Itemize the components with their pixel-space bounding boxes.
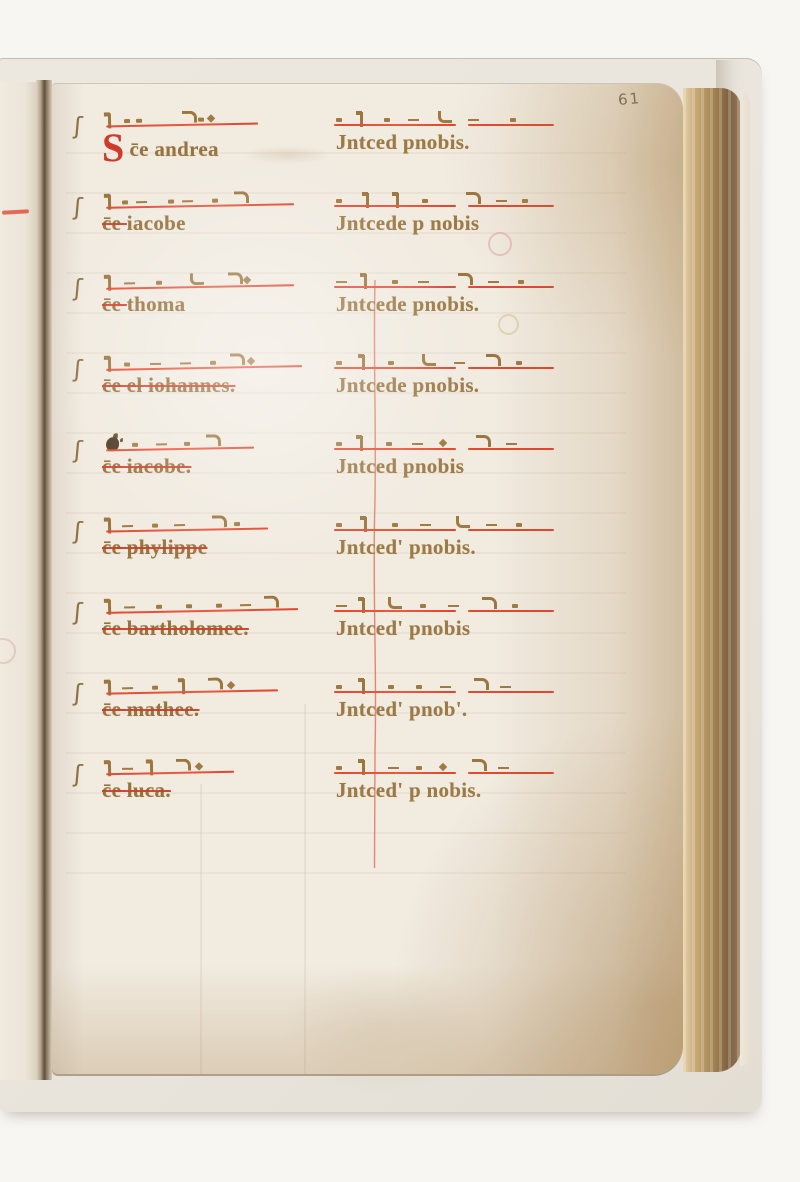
- dash-neume: [240, 604, 251, 607]
- dash-neume: [500, 686, 511, 689]
- litany-entry: ʃc̄e mathee.Jntced' pnob'.: [72, 671, 592, 752]
- response-text: Jntced' pnobis: [336, 616, 470, 641]
- pt-neume: [386, 442, 392, 447]
- neume-line-right: [334, 756, 554, 776]
- dia-neume: [439, 439, 447, 447]
- pt-neume: [336, 766, 342, 771]
- invocation-text: c̄e luca.: [102, 778, 171, 803]
- manuscript-page: 61 ʃSc̄e andreaJntced pnobis.ʃc̄e iacobe…: [52, 84, 683, 1074]
- clivis-neume: [230, 353, 245, 365]
- page-edges-stack: [683, 88, 741, 1072]
- neume-line-left: [106, 755, 234, 777]
- virga-neume: [108, 195, 111, 210]
- photograph-background: 61 ʃSc̄e andreaJntced pnobis.ʃc̄e iacobe…: [0, 0, 800, 1182]
- saint-name: phylippe: [127, 535, 208, 559]
- dash-neume: [454, 362, 465, 365]
- dash-neume: [122, 767, 133, 770]
- virga-neume: [364, 517, 367, 532]
- pt-neume: [198, 117, 204, 122]
- pt-neume: [336, 118, 342, 123]
- dia-neume: [227, 681, 235, 689]
- clivis-neume: [182, 111, 197, 123]
- pt-neume: [512, 604, 518, 609]
- litany-entry: ʃc̄e iacobe.Jntced pnobis: [72, 428, 592, 509]
- neume-line-left: [106, 187, 294, 211]
- pes-neume: [190, 273, 204, 285]
- dia-neume: [243, 276, 251, 284]
- versicle-mark: ʃ: [73, 681, 83, 706]
- virga-neume: [150, 760, 153, 775]
- neume-line-right: [334, 189, 554, 209]
- dash-neume: [418, 281, 429, 284]
- neume-line-left: [106, 268, 294, 292]
- parchment-stain: [282, 964, 482, 1094]
- dash-neume: [388, 767, 399, 770]
- pt-neume: [516, 523, 522, 528]
- virga-neume: [108, 276, 111, 291]
- pt-neume: [212, 198, 218, 203]
- pt-neume: [152, 685, 158, 690]
- virga-neume: [362, 598, 365, 613]
- folio-number: 61: [617, 89, 642, 109]
- litany-entry: ʃc̄e thomaJntcede pnobis.: [72, 266, 592, 347]
- pt-neume: [416, 766, 422, 771]
- dash-neume: [408, 119, 419, 122]
- pt-neume: [422, 199, 428, 204]
- dash-neume: [122, 687, 133, 690]
- sancte-abbrev: c̄e: [102, 697, 127, 721]
- pt-neume: [384, 118, 390, 123]
- pt-neume: [336, 685, 342, 690]
- blob-neume: [106, 437, 119, 451]
- pes-neume: [388, 597, 402, 609]
- book-gutter: [36, 80, 52, 1080]
- response-text: Jntced' pnob'.: [336, 697, 467, 722]
- pt-neume: [124, 362, 130, 367]
- versicle-mark: ʃ: [73, 519, 83, 544]
- invocation-text: c̄e bartholomee.: [102, 616, 249, 641]
- versicle-mark: ʃ: [73, 195, 83, 220]
- neume-line-right: [334, 351, 554, 371]
- saint-name: el iohannes.: [127, 373, 236, 397]
- versicle-mark: ʃ: [73, 762, 83, 787]
- pt-neume: [522, 199, 528, 204]
- sancte-abbrev: c̄e: [102, 535, 127, 559]
- initial-s: S: [102, 135, 125, 161]
- dash-neume: [336, 281, 347, 284]
- neume-line-left: [106, 349, 302, 373]
- neume-line-left: [106, 592, 298, 616]
- pt-neume: [388, 361, 394, 366]
- dash-neume: [136, 201, 147, 204]
- manuscript-book: 61 ʃSc̄e andreaJntced pnobis.ʃc̄e iacobe…: [0, 58, 762, 1112]
- dash-neume: [498, 767, 509, 770]
- saint-name: andrea: [154, 137, 218, 161]
- pt-neume: [336, 442, 342, 447]
- virga-neume: [360, 112, 363, 127]
- virga-neume: [366, 193, 369, 208]
- dash-neume: [412, 443, 423, 446]
- virga-neume: [364, 274, 367, 289]
- dash-neume: [420, 524, 431, 527]
- saint-name: iacobe.: [127, 454, 192, 478]
- litany-entry: ʃc̄e luca.Jntced' p nobis.: [72, 752, 592, 833]
- neume-line-left: [106, 107, 258, 130]
- pt-neume: [516, 361, 522, 366]
- neume-line-right: [334, 513, 554, 533]
- pt-neume: [186, 604, 192, 609]
- clivis-neume: [474, 678, 489, 690]
- virga-neume: [108, 761, 111, 776]
- pt-neume: [152, 523, 158, 528]
- invocation-text: c̄e mathee.: [102, 697, 199, 722]
- invocation-text: c̄e iacobe.: [102, 454, 191, 479]
- pt-neume: [336, 523, 342, 528]
- litany-entry: ʃc̄e iacobeJntcede p nobis: [72, 185, 592, 266]
- invocation-text: c̄e el iohannes.: [102, 373, 235, 398]
- dash-neume: [448, 605, 459, 608]
- virga-neume: [108, 600, 111, 615]
- invocation-text: c̄e phylippe: [102, 535, 207, 560]
- response-text: Jntcede pnobis.: [336, 373, 479, 398]
- virga-neume: [360, 436, 363, 451]
- response-text: Jntced' pnobis.: [336, 535, 476, 560]
- versicle-mark: ʃ: [73, 438, 83, 463]
- pt-neume: [124, 118, 130, 123]
- pt-neume: [416, 685, 422, 690]
- dash-neume: [336, 605, 347, 608]
- dash-neume: [486, 524, 497, 527]
- virga-neume: [362, 760, 365, 775]
- clivis-neume: [486, 354, 501, 366]
- neume-line-right: [334, 594, 554, 614]
- clivis-neume: [206, 434, 221, 446]
- virga-neume: [108, 357, 111, 372]
- neume-line-right: [334, 270, 554, 290]
- dia-neume: [247, 357, 255, 365]
- dash-neume: [122, 525, 133, 528]
- pt-neume: [420, 604, 426, 609]
- pt-neume: [392, 523, 398, 528]
- clivis-neume: [458, 273, 473, 285]
- pt-neume: [122, 200, 128, 205]
- pt-neume: [168, 199, 174, 204]
- virga-neume: [108, 681, 111, 696]
- pt-neume: [234, 521, 240, 526]
- neume-line-right: [334, 432, 554, 452]
- pt-neume: [156, 280, 162, 285]
- facing-page-showthrough-ring: [0, 638, 16, 664]
- pt-neume: [216, 603, 222, 608]
- dash-neume: [440, 686, 451, 689]
- dash-neume: [488, 281, 499, 284]
- virga-neume: [362, 355, 365, 370]
- dash-neume: [506, 443, 517, 446]
- clivis-neume: [208, 677, 223, 689]
- pt-neume: [132, 442, 138, 447]
- neume-line-right: [334, 675, 554, 695]
- sancte-abbrev: c̄e: [102, 211, 127, 235]
- litany-entry: ʃc̄e bartholomee.Jntced' pnobis: [72, 590, 592, 671]
- saint-name: luca.: [127, 778, 171, 802]
- pt-neume: [510, 118, 516, 123]
- dash-neume: [174, 524, 185, 527]
- virga-neume: [182, 679, 185, 694]
- saint-name: mathee.: [127, 697, 200, 721]
- sancte-abbrev: c̄e: [102, 373, 127, 397]
- clivis-neume: [466, 192, 481, 204]
- pes-neume: [422, 354, 436, 366]
- versicle-mark: ʃ: [73, 357, 83, 382]
- saint-name: iacobe: [127, 211, 186, 235]
- pes-neume: [438, 111, 452, 123]
- versicle-mark: ʃ: [73, 600, 83, 625]
- litany-entries: ʃSc̄e andreaJntced pnobis.ʃc̄e iacobeJnt…: [72, 104, 592, 833]
- saint-name: bartholomee.: [127, 616, 249, 640]
- dash-neume: [124, 282, 135, 285]
- pt-neume: [336, 361, 342, 366]
- dash-neume: [124, 606, 135, 609]
- pt-neume: [184, 441, 190, 446]
- response-text: Jntcede p nobis: [336, 211, 479, 236]
- response-text: Jntced' p nobis.: [336, 778, 481, 803]
- pes-neume: [456, 516, 470, 528]
- dia-neume: [195, 762, 203, 770]
- virga-neume: [108, 518, 111, 533]
- dash-neume: [182, 200, 193, 203]
- response-text: Jntced pnobis.: [336, 130, 470, 155]
- litany-entry: ʃc̄e phylippeJntced' pnobis.: [72, 509, 592, 590]
- versicle-mark: ʃ: [73, 114, 83, 139]
- neume-line-right: [334, 108, 554, 128]
- saint-name: thoma: [127, 292, 186, 316]
- invocation-text: c̄e iacobe: [102, 211, 186, 236]
- dash-neume: [180, 362, 191, 365]
- versicle-mark: ʃ: [73, 276, 83, 301]
- neume-line-left: [106, 511, 268, 534]
- dia-neume: [207, 114, 215, 122]
- neume-line-left: [106, 673, 278, 696]
- clivis-neume: [472, 759, 487, 771]
- dash-neume: [150, 362, 161, 365]
- clivis-neume: [482, 597, 497, 609]
- pt-neume: [388, 685, 394, 690]
- virga-neume: [396, 193, 399, 208]
- response-text: Jntced pnobis: [336, 454, 464, 479]
- clivis-neume: [228, 272, 243, 284]
- dash-neume: [496, 200, 507, 203]
- clivis-neume: [234, 191, 249, 203]
- invocation-text: c̄e thoma: [102, 292, 185, 317]
- clivis-neume: [264, 596, 279, 608]
- sancte-abbrev: c̄e: [102, 778, 127, 802]
- pt-neume: [136, 118, 142, 123]
- pt-neume: [210, 360, 216, 365]
- sancte-abbrev: c̄e: [102, 616, 127, 640]
- pt-neume: [518, 280, 524, 285]
- dash-neume: [156, 443, 167, 446]
- facing-page-red-mark: [2, 209, 29, 214]
- sancte-abbrev: c̄e: [130, 137, 155, 161]
- dia-neume: [439, 763, 447, 771]
- virga-neume: [362, 679, 365, 694]
- pt-neume: [336, 199, 342, 204]
- dash-neume: [468, 119, 479, 122]
- response-text: Jntcede pnobis.: [336, 292, 479, 317]
- facing-page-edge: [0, 82, 36, 1080]
- pt-neume: [392, 280, 398, 285]
- pt-neume: [156, 604, 162, 609]
- sancte-abbrev: c̄e: [102, 292, 127, 316]
- clivis-neume: [176, 759, 191, 771]
- litany-entry: ʃSc̄e andreaJntced pnobis.: [72, 104, 592, 185]
- clivis-neume: [212, 515, 227, 527]
- clivis-neume: [476, 435, 491, 447]
- sancte-abbrev: c̄e: [102, 454, 127, 478]
- litany-entry: ʃc̄e el iohannes.Jntcede pnobis.: [72, 347, 592, 428]
- invocation-text: Sc̄e andrea: [102, 130, 219, 162]
- neume-line-left: [106, 431, 254, 454]
